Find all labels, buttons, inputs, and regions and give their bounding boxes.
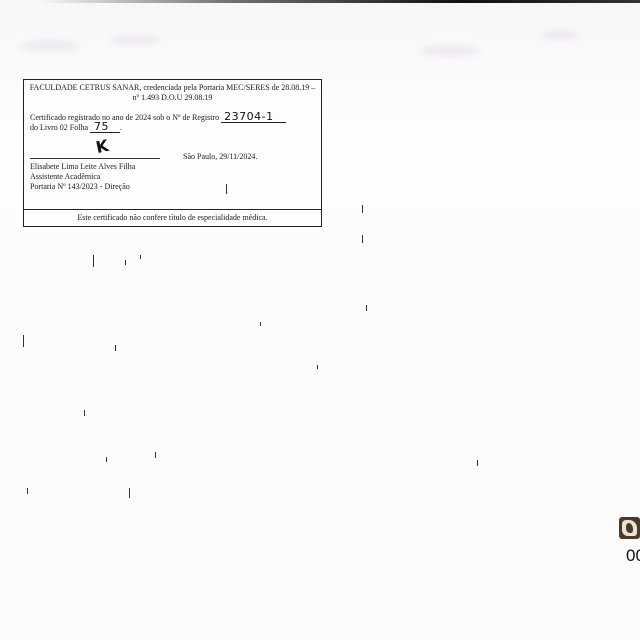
institution-header-ordinance: nº 1.493 D.O.U 29.08.19 <box>24 93 321 102</box>
corner-code: 00 <box>626 546 640 566</box>
scan-smudge <box>540 30 580 40</box>
handwritten-signature: K <box>94 136 110 157</box>
book-line: do Livro 02 Folha 75. <box>30 122 122 133</box>
book-prefix: do Livro 02 Folha <box>30 123 88 132</box>
scan-speck <box>366 305 367 311</box>
registration-number: 23704-1 <box>221 112 286 123</box>
registration-prefix: Certificado registrado no ano de 2024 so… <box>30 113 219 122</box>
signature-line <box>30 158 160 159</box>
disclaimer-note: Este certificado não confere título de e… <box>24 213 321 222</box>
scan-speck <box>155 452 156 458</box>
scan-speck <box>362 205 363 213</box>
scan-speck <box>125 260 126 265</box>
scan-speck <box>317 365 318 369</box>
scan-smudge <box>110 35 160 45</box>
scan-speck <box>362 235 363 243</box>
signatory-role: Assistente Acadêmica <box>30 172 100 181</box>
scan-speck <box>106 457 107 462</box>
paper-top-edge <box>40 0 640 3</box>
scan-speck <box>115 345 116 351</box>
scan-speck <box>140 255 141 259</box>
city-date: São Paulo, 29/11/2024. <box>183 152 257 161</box>
scan-speck <box>260 322 261 326</box>
scan-speck <box>226 184 227 194</box>
signatory-ordinance: Portaria Nº 143/2023 - Direção <box>30 182 130 191</box>
stamp-divider <box>24 209 321 210</box>
scan-speck <box>84 410 85 416</box>
scan-speck <box>477 460 478 466</box>
stamp-seal-icon <box>619 517 640 539</box>
signatory-name: Elisabete Lima Leite Alves Filha <box>30 162 135 171</box>
folha-number: 75 <box>90 122 120 133</box>
registration-stamp: FACULDADE CETRUS SANAR, credenciada pela… <box>23 79 322 227</box>
scan-speck <box>23 335 24 347</box>
scan-speck <box>93 255 94 267</box>
institution-header: FACULDADE CETRUS SANAR, credenciada pela… <box>24 83 321 92</box>
scan-speck <box>129 488 130 498</box>
scan-smudge <box>20 40 80 52</box>
scan-smudge <box>420 45 480 57</box>
scanned-page: FACULDADE CETRUS SANAR, credenciada pela… <box>0 0 640 640</box>
book-suffix: . <box>120 123 122 132</box>
scan-speck <box>27 488 28 494</box>
